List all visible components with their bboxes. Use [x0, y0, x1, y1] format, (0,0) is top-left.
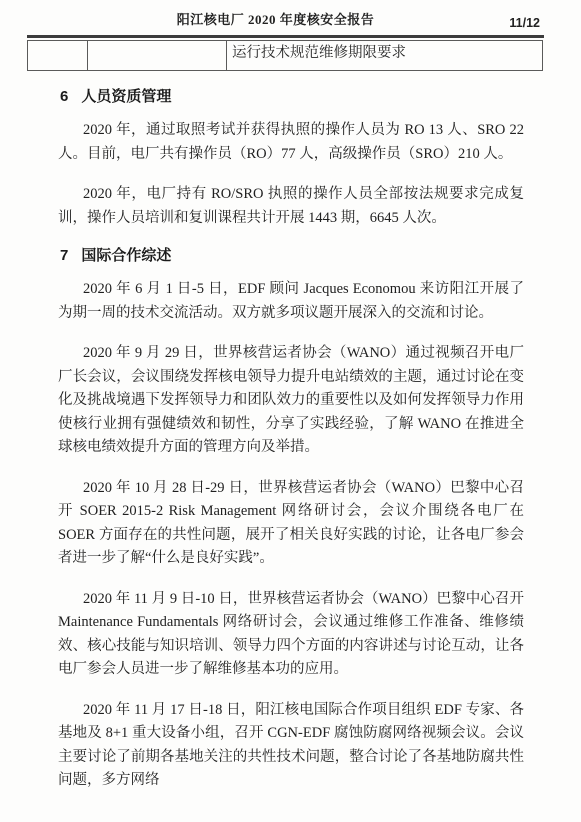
- paragraph-retraining: 2020 年，电厂持有 RO/SRO 执照的操作人员全部按法规要求完成复训，操作…: [58, 183, 524, 230]
- document-body: 6 人员资质管理 2020 年，通过取照考试并获得执照的操作人员为 RO 13 …: [58, 71, 524, 810]
- page-header: 阳江核电厂 2020 年度核安全报告 11/12: [0, 0, 581, 35]
- section-heading-personnel-qualification: 6 人员资质管理: [60, 88, 524, 105]
- section-heading-international-cooperation: 7 国际合作综述: [60, 247, 524, 264]
- paragraph-licensed-operators: 2020 年，通过取照考试并获得执照的操作人员为 RO 13 人、SRO 22 …: [58, 119, 524, 166]
- section-title: 国际合作综述: [81, 247, 171, 264]
- report-page: 阳江核电厂 2020 年度核安全报告 11/12 运行技术规范维修期限要求 6 …: [0, 0, 581, 822]
- paragraph-cgn-edf-corrosion-meeting: 2020 年 11 月 17 日-18 日，阳江核电国际合作项目组织 EDF 专…: [58, 699, 524, 793]
- section-number: 7: [60, 247, 68, 264]
- paragraph-edf-advisor-visit: 2020 年 6 月 1 日-5 日，EDF 顾问 Jacques Econom…: [58, 278, 524, 325]
- table-top-rule: [27, 35, 544, 38]
- section-number: 6: [60, 88, 68, 105]
- paragraph-soer-risk-management-webinar: 2020 年 10 月 28 日-29 日，世界核营运者协会（WANO）巴黎中心…: [58, 477, 524, 571]
- report-title: 阳江核电厂 2020 年度核安全报告: [0, 9, 551, 28]
- table-row: 运行技术规范维修期限要求: [28, 41, 543, 71]
- requirements-table-fragment: 运行技术规范维修期限要求: [27, 40, 543, 71]
- table-cell-requirement: 运行技术规范维修期限要求: [227, 41, 543, 71]
- page-number: 11/12: [509, 16, 540, 30]
- table-cell-empty-2: [88, 41, 227, 71]
- paragraph-wano-plant-manager-meeting: 2020 年 9 月 29 日，世界核营运者协会（WANO）通过视频召开电厂厂长…: [58, 342, 524, 460]
- paragraph-maintenance-fundamentals-webinar: 2020 年 11 月 9 日-10 日，世界核营运者协会（WANO）巴黎中心召…: [58, 588, 524, 682]
- table-cell-empty-1: [28, 41, 88, 71]
- section-title: 人员资质管理: [81, 88, 171, 105]
